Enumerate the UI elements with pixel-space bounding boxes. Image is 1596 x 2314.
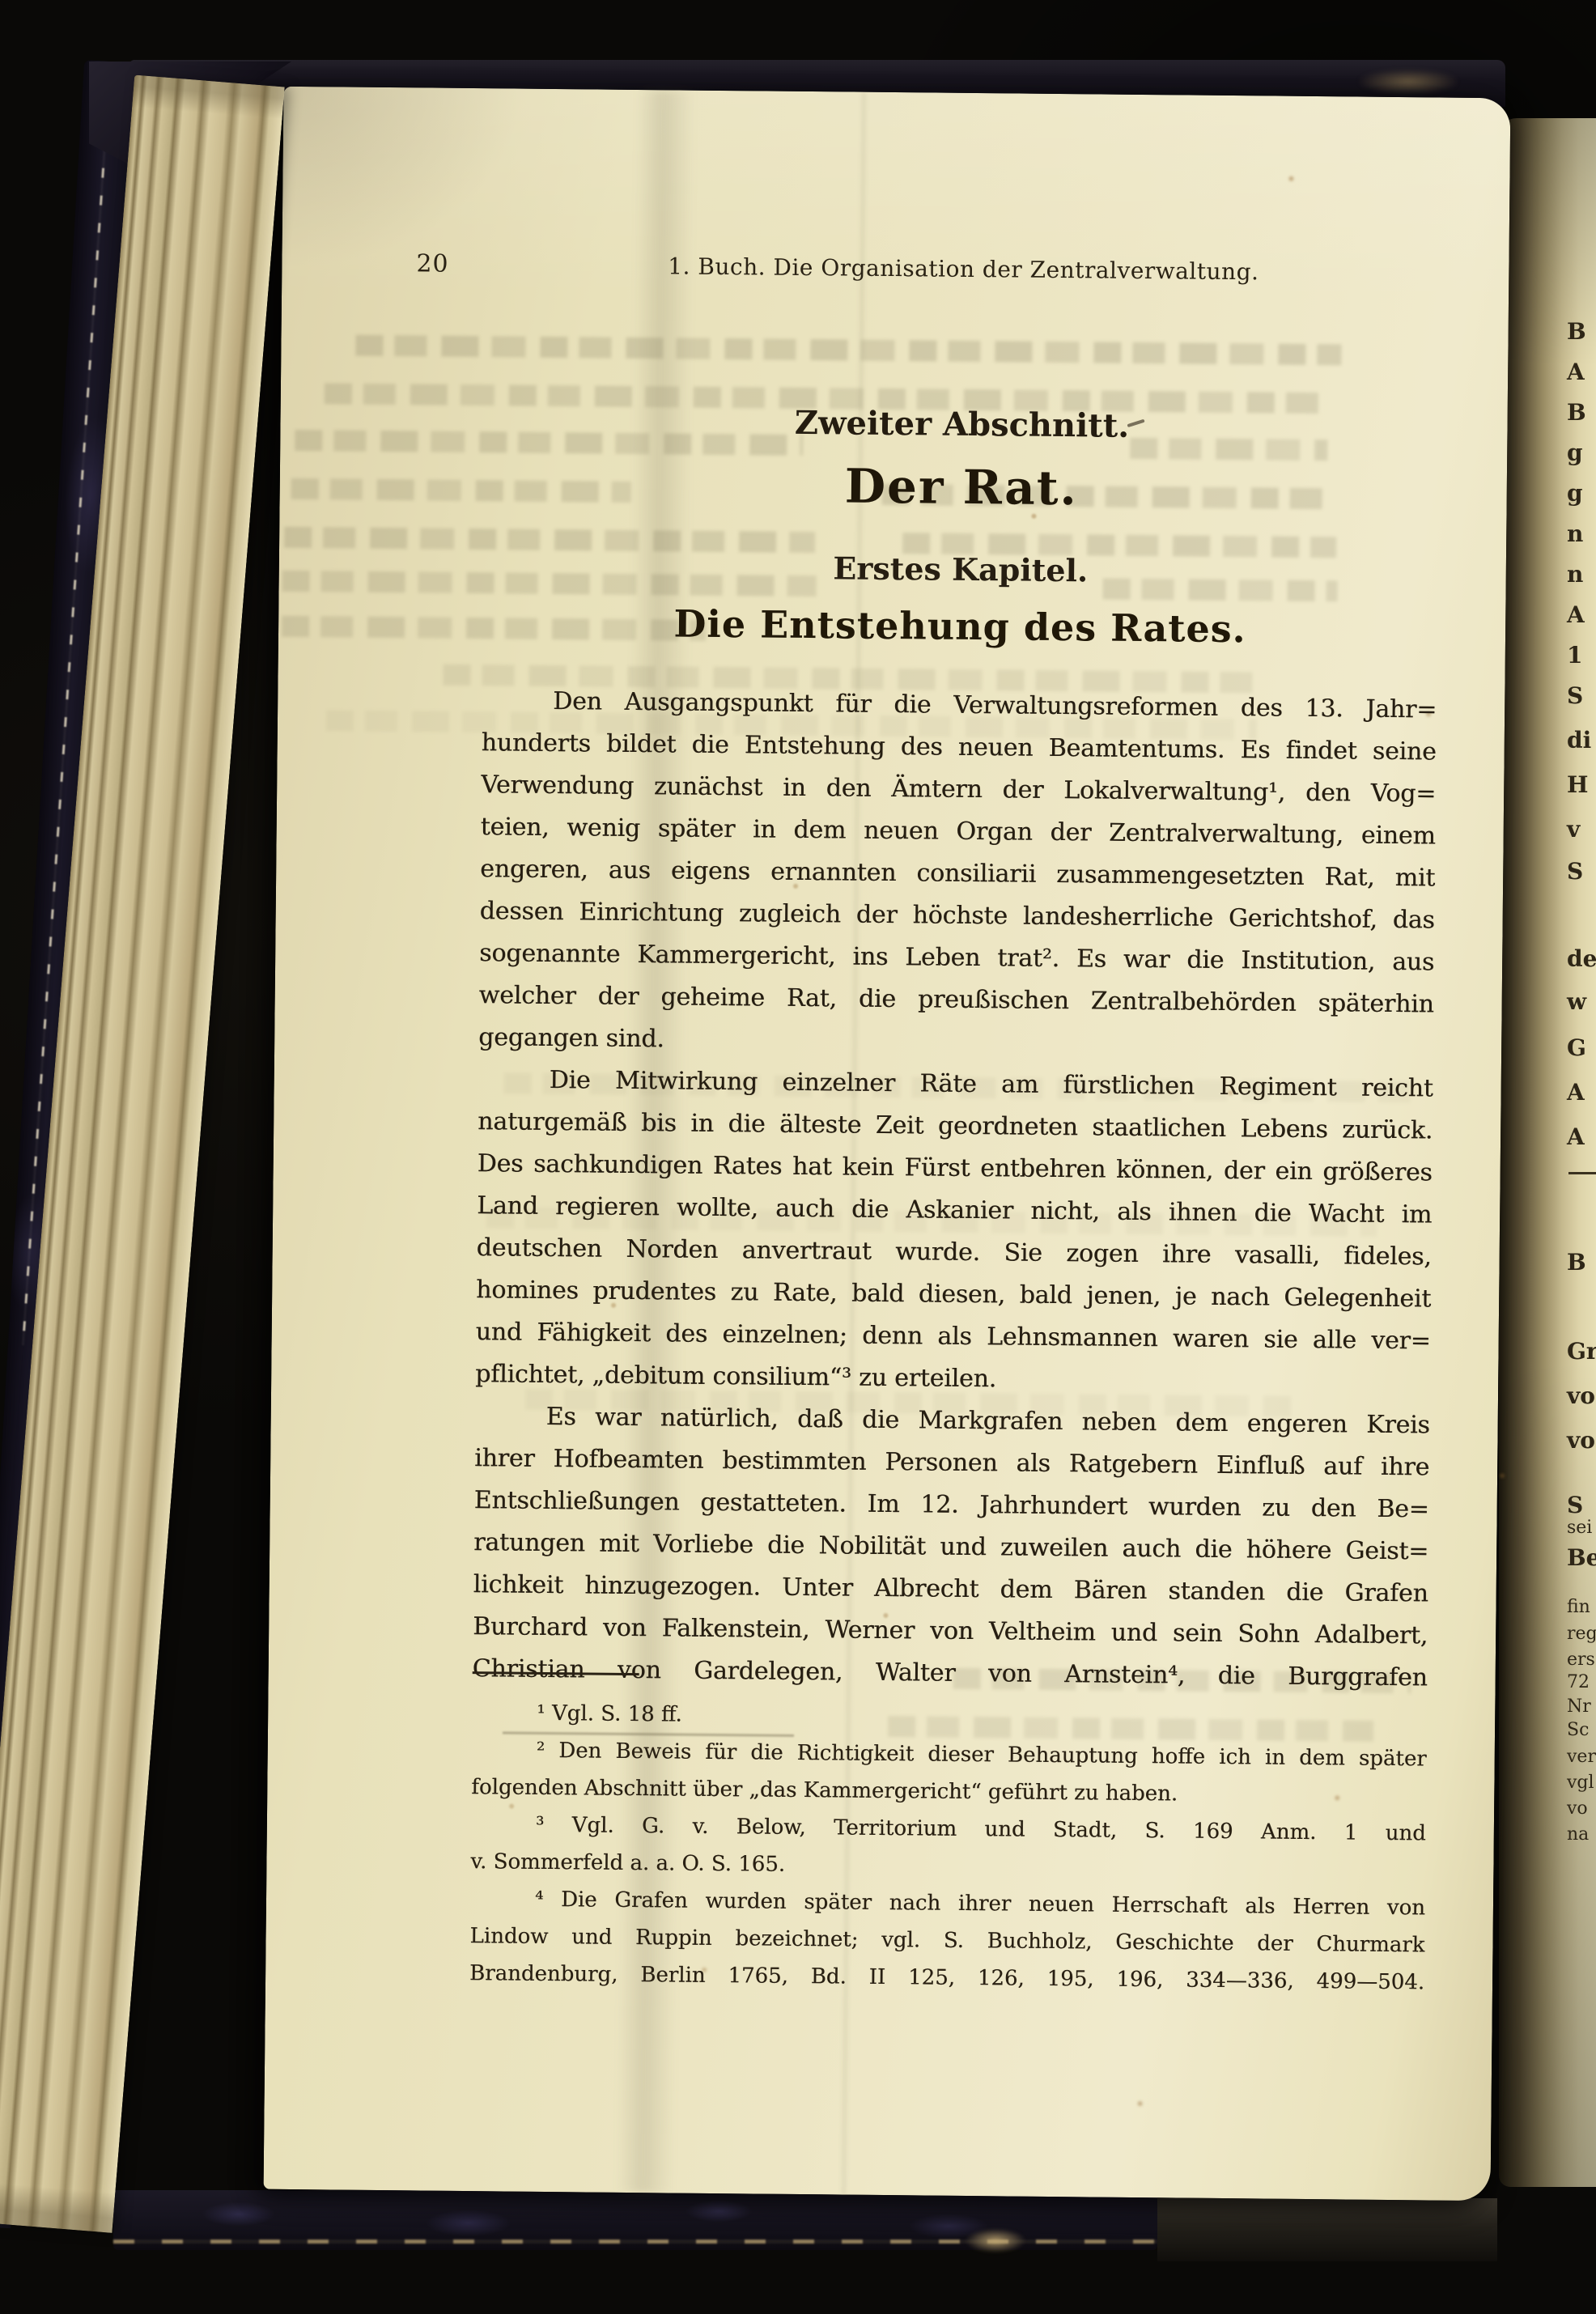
running-header: 20 1. Buch. Die Organisation der Zentral… — [486, 248, 1441, 290]
facing-text-fragment: S — [1567, 1492, 1596, 1518]
cover-wear-patch — [947, 2226, 1044, 2263]
facing-text-fragment: Sc — [1567, 1720, 1596, 1740]
chapter-title: Die Entstehung des Rates. — [482, 600, 1437, 652]
book-cover-bottom-right — [1157, 2198, 1497, 2261]
facing-text-fragment: v — [1567, 816, 1596, 843]
book-cover-bottom-edge — [113, 2190, 1157, 2250]
facing-text-fragment: A — [1567, 601, 1596, 628]
facing-text-fragment: B — [1567, 1249, 1596, 1276]
facing-text-fragment: vo — [1567, 1427, 1596, 1454]
book-photograph: BABggnnA1SdiHvSdewGAABGrvovoSseiBefinreg… — [0, 0, 1596, 2314]
book-page: 20 1. Buch. Die Organisation der Zentral… — [264, 87, 1511, 2201]
facing-text-fragment: B — [1567, 318, 1596, 345]
facing-text-fragment: sei — [1567, 1518, 1596, 1538]
facing-text-fragment: n — [1567, 561, 1596, 588]
facing-text-fragment: A — [1567, 1079, 1596, 1106]
footnotes: ¹ Vgl. S. 18 ff. ² Den Beweis für die Ri… — [469, 1694, 1427, 2001]
showthrough-band — [355, 335, 1341, 366]
facing-text-fragment: g — [1567, 480, 1596, 507]
facing-text-fragment: w — [1567, 988, 1596, 1015]
section-title: Der Rat. — [483, 454, 1439, 520]
running-header-text: 1. Buch. Die Organisation der Zentralver… — [668, 253, 1259, 285]
facing-text-fragment: 1 — [1567, 642, 1596, 669]
facing-text-fragment: ers — [1567, 1650, 1596, 1670]
facing-text-fragment: S — [1567, 682, 1596, 709]
facing-text-fragment: vo — [1567, 1798, 1596, 1819]
facing-page-sliver: BABggnnA1SdiHvSdewGAABGrvovoSseiBefinreg… — [1499, 118, 1596, 2187]
facing-text-fragment: Nr — [1567, 1696, 1596, 1717]
page-number: 20 — [416, 248, 449, 280]
cover-wear-patch — [1360, 70, 1457, 94]
facing-text-fragment: S — [1567, 858, 1596, 885]
facing-text-fragment: vo — [1567, 1382, 1596, 1409]
facing-text-fragment: de — [1567, 945, 1596, 972]
facing-text-fragment: B — [1567, 399, 1596, 426]
facing-text-fragment: di — [1567, 727, 1596, 754]
facing-text-fragment: reg — [1567, 1624, 1596, 1644]
facing-text-fragment: Be — [1567, 1544, 1596, 1571]
facing-text-fragment: na — [1567, 1824, 1596, 1845]
facing-text-fragment: A — [1567, 1123, 1596, 1150]
facing-text-fragment: g — [1567, 439, 1596, 466]
facing-text-fragment: G — [1567, 1034, 1596, 1061]
facing-text-fragment: fin — [1567, 1597, 1596, 1617]
facing-text-fragment: H — [1567, 771, 1596, 798]
body-text: Den Ausgangspunkt für die Verwaltungsref… — [472, 680, 1437, 1699]
facing-text-fragment: ver — [1567, 1747, 1596, 1767]
facing-text-fragment: n — [1567, 520, 1596, 547]
facing-text-fragment: vgl — [1567, 1773, 1596, 1793]
facing-footnote-rule — [1568, 1172, 1596, 1174]
facing-text-fragment: 72 — [1567, 1672, 1596, 1692]
facing-text-fragment: Gr — [1567, 1338, 1596, 1365]
facing-text-fragment: A — [1567, 359, 1596, 385]
